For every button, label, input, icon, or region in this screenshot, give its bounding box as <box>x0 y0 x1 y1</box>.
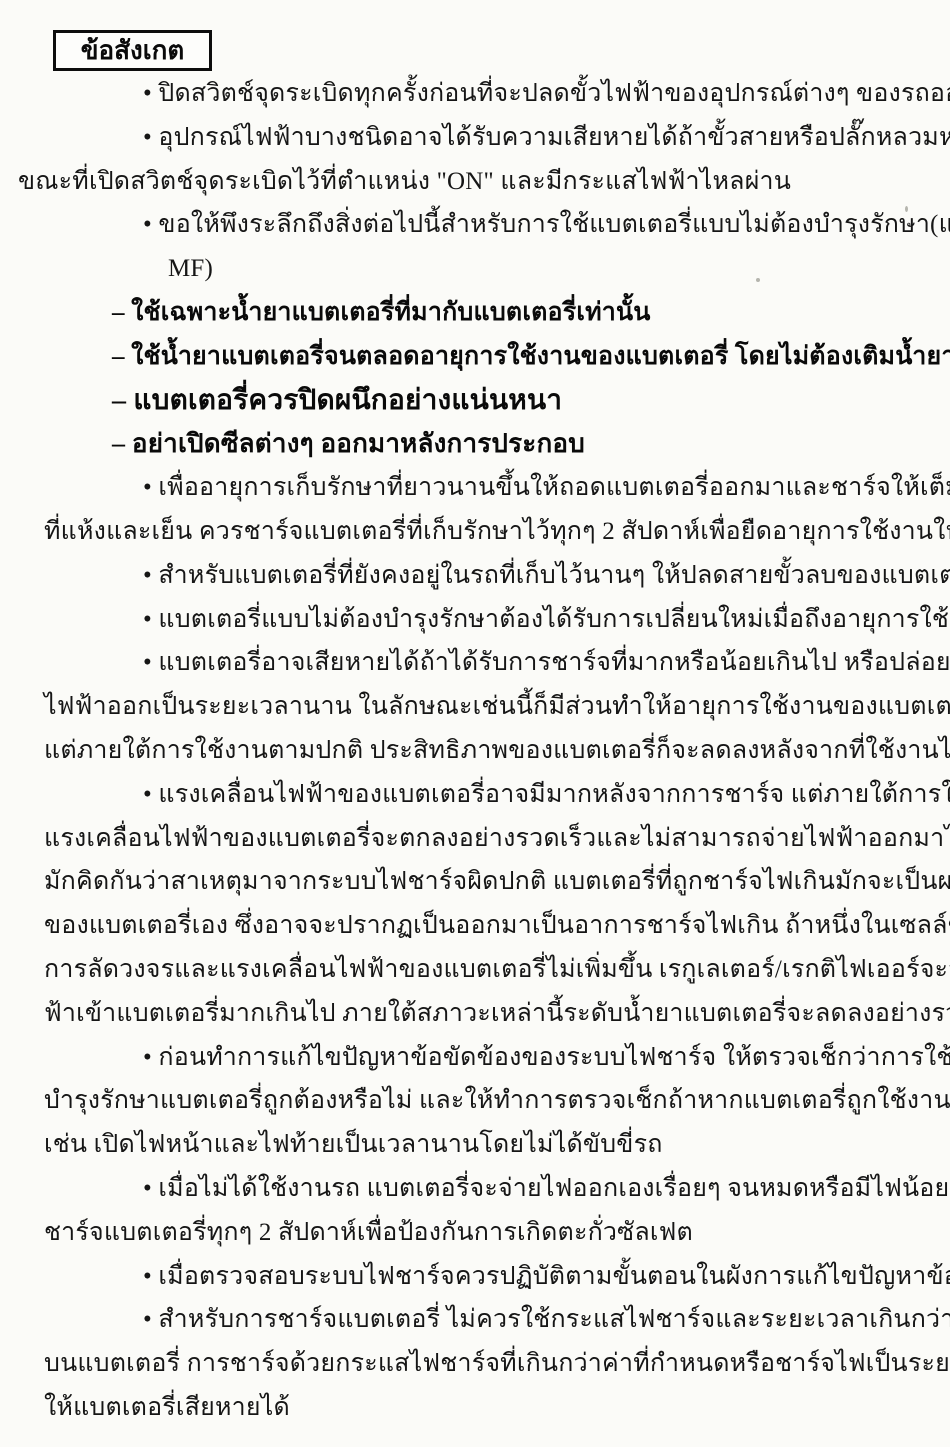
text-line: ไฟฟ้าออกเป็นระยะเวลานาน ในลักษณะเช่นนี้ก… <box>0 685 950 729</box>
text-line: • แบตเตอรี่อาจเสียหายได้ถ้าได้รับการชาร์… <box>0 641 950 685</box>
text-line: • สำหรับแบตเตอรี่ที่ยังคงอยู่ในรถที่เก็บ… <box>0 554 950 598</box>
text-line-bold: – แบตเตอรี่ควรปิดผนึกอย่างแน่นหนา <box>0 379 950 423</box>
scanned-document-page: ข้อสังเกต • ปิดสวิตช์จุดระเบิดทุกครั้งก่… <box>0 0 950 1447</box>
text-line: • เมื่อไม่ได้ใช้งานรถ แบตเตอรี่จะจ่ายไฟอ… <box>0 1167 950 1211</box>
text-line: เช่น เปิดไฟหน้าและไฟท้ายเป็นเวลานานโดยไม… <box>0 1123 950 1167</box>
scan-speck <box>756 278 760 282</box>
document-body: • ปิดสวิตช์จุดระเบิดทุกครั้งก่อนที่จะปลด… <box>0 72 950 1430</box>
text-line: • อุปกรณ์ไฟฟ้าบางชนิดอาจได้รับความเสียหา… <box>0 116 950 160</box>
text-line: • ก่อนทำการแก้ไขปัญหาข้อขัดข้องของระบบไฟ… <box>0 1036 950 1080</box>
text-line: • ปิดสวิตช์จุดระเบิดทุกครั้งก่อนที่จะปลด… <box>0 72 950 116</box>
text-line-bold: – ใช้น้ำยาแบตเตอรี่จนตลอดอายุการใช้งานขอ… <box>0 335 950 379</box>
text-line: แต่ภายใต้การใช้งานตามปกติ ประสิทธิภาพของ… <box>0 729 950 773</box>
text-line: • เมื่อตรวจสอบระบบไฟชาร์จควรปฏิบัติตามขั… <box>0 1255 950 1299</box>
text-line: ขณะที่เปิดสวิตช์จุดระเบิดไว้ที่ตำแหน่ง "… <box>0 160 950 204</box>
text-line-bold: – ใช้เฉพาะน้ำยาแบตเตอรี่ที่มากับแบตเตอรี… <box>0 291 950 335</box>
scan-speck <box>905 206 908 212</box>
text-line-bold: – อย่าเปิดซีลต่างๆ ออกมาหลังการประกอบ <box>0 422 950 466</box>
text-line: การลัดวงจรและแรงเคลื่อนไฟฟ้าของแบตเตอรี่… <box>0 948 950 992</box>
text-line: • แรงเคลื่อนไฟฟ้าของแบตเตอรี่อาจมีมากหลั… <box>0 773 950 817</box>
text-line: บนแบตเตอรี่ การชาร์จด้วยกระแสไฟชาร์จที่เ… <box>0 1342 950 1386</box>
section-title: ข้อสังเกต <box>81 30 184 71</box>
text-line: ให้แบตเตอรี่เสียหายได้ <box>0 1386 950 1430</box>
text-line: • ขอให้พึงระลึกถึงสิ่งต่อไปนี้สำหรับการใ… <box>0 203 950 247</box>
text-line: ฟ้าเข้าแบตเตอรี่มากเกินไป ภายใต้สภาวะเหล… <box>0 992 950 1036</box>
section-title-box: ข้อสังเกต <box>53 30 212 71</box>
text-line: ของแบตเตอรี่เอง ซึ่งอาจจะปรากฏเป็นออกมาเ… <box>0 904 950 948</box>
text-line: • สำหรับการชาร์จแบตเตอรี่ ไม่ควรใช้กระแส… <box>0 1298 950 1342</box>
text-line: • แบตเตอรี่แบบไม่ต้องบำรุงรักษาต้องได้รั… <box>0 598 950 642</box>
text-line: MF) <box>0 247 950 291</box>
text-line: มักคิดกันว่าสาเหตุมาจากระบบไฟชาร์จผิดปกต… <box>0 860 950 904</box>
text-line: • เพื่ออายุการเก็บรักษาที่ยาวนานขึ้นให้ถ… <box>0 466 950 510</box>
text-line: บำรุงรักษาแบตเตอรี่ถูกต้องหรือไม่ และให้… <box>0 1079 950 1123</box>
text-line: แรงเคลื่อนไฟฟ้าของแบตเตอรี่จะตกลงอย่างรว… <box>0 817 950 861</box>
text-line: ที่แห้งและเย็น ควรชาร์จแบตเตอรี่ที่เก็บร… <box>0 510 950 554</box>
text-line: ชาร์จแบตเตอรี่ทุกๆ 2 สัปดาห์เพื่อป้องกัน… <box>0 1211 950 1255</box>
